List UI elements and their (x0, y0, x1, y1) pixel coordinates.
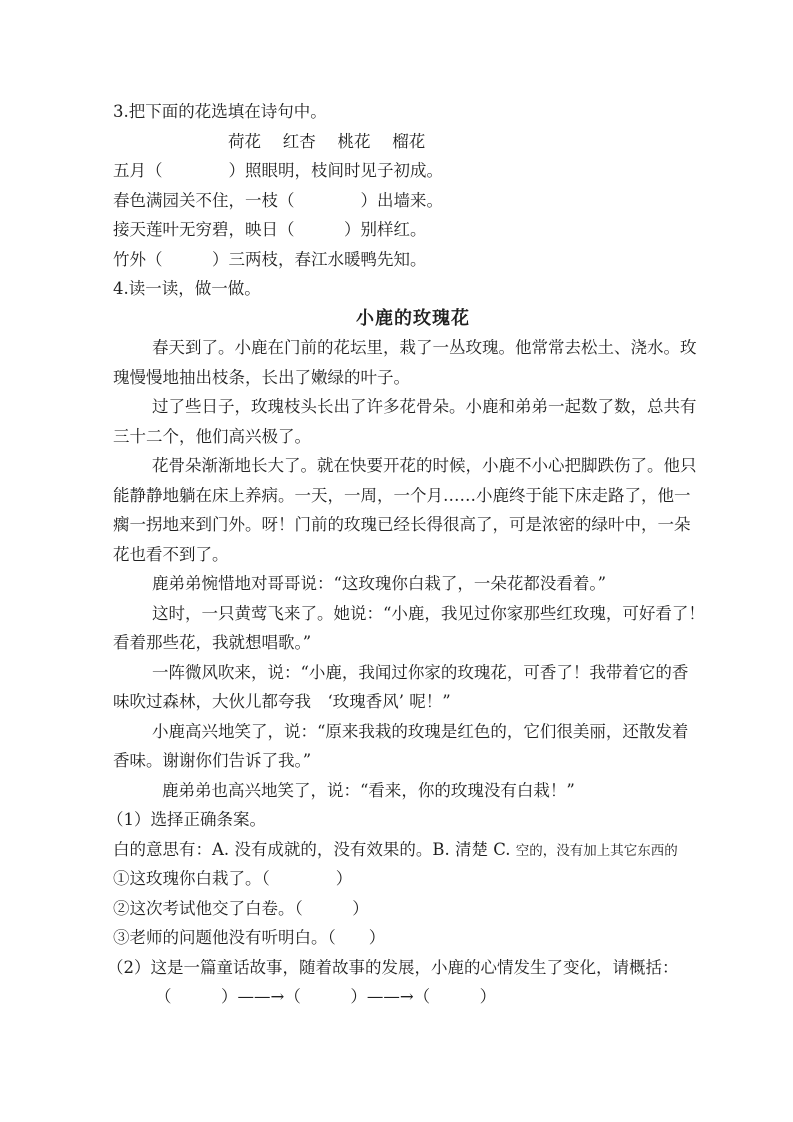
poem-line-3: 接天莲叶无穷碧，映日（ ）别样红。 (113, 215, 713, 245)
sub-question-2-label: （2）这是一篇童话故事，随着故事的发展，小鹿的心情发生了变化，请概括： (107, 953, 713, 983)
story-line: 味吹过森林，大伙儿都夸我 ‘玫瑰香风’ 呢！” (113, 687, 713, 717)
story-line: 花骨朵渐渐地长大了。就在快要开花的时候，小鹿不小心把脚跌伤了。他只 (113, 451, 713, 481)
story-line: 三十二个，他们高兴极了。 (113, 422, 713, 452)
word-meanings-main: 白的意思有：A. 没有成就的，没有效果的。B. 清楚 C. (113, 840, 516, 859)
word-meanings: 白的意思有：A. 没有成就的，没有效果的。B. 清楚 C. 空的，没有加上其它东… (113, 835, 713, 865)
story-line: 鹿弟弟也高兴地笑了，说：“看来，你的玫瑰没有白栽！” (113, 776, 713, 806)
worksheet-page: 3.把下面的花选填在诗句中。 荷花 红杏 桃花 榴花 五月（ ）照眼明，枝间时见… (0, 0, 793, 1122)
exercise-4-prompt: 4.读一读，做一做。 (113, 274, 713, 304)
meaning-item-1: ①这玫瑰你白栽了。（ ） (113, 864, 713, 894)
story-line: 这时，一只黄莺飞来了。她说：“小鹿，我见过你家那些红玫瑰，可好看了！ (113, 599, 713, 629)
story-line: 春天到了。小鹿在门前的花坛里，栽了一丛玫瑰。他常常去松土、浇水。玫 (113, 333, 713, 363)
meaning-item-2: ②这次考试他交了白卷。（ ） (113, 894, 713, 924)
story-line: 一阵微风吹来，说：“小鹿，我闻过你家的玫瑰花，可香了！我带着它的香 (113, 658, 713, 688)
worksheet-content: 3.把下面的花选填在诗句中。 荷花 红杏 桃花 榴花 五月（ ）照眼明，枝间时见… (113, 97, 713, 1012)
emotion-sequence-blanks: （ ）——→（ ）——→（ ） (113, 982, 713, 1012)
word-meanings-small: 空的，没有加上其它东西的 (516, 843, 678, 859)
story-line: 花也看不到了。 (113, 540, 713, 570)
story-line: 瘸一拐地来到门外。呀！门前的玫瑰已经长得很高了，可是浓密的绿叶中，一朵 (113, 510, 713, 540)
poem-line-4: 竹外（ ）三两枝，春江水暖鸭先知。 (113, 245, 713, 275)
story-line: 过了些日子，玫瑰枝头长出了许多花骨朵。小鹿和弟弟一起数了数，总共有 (113, 392, 713, 422)
story-line: 鹿弟弟惋惜地对哥哥说：“这玫瑰你白栽了，一朵花都没看着。” (113, 569, 713, 599)
exercise-3-prompt: 3.把下面的花选填在诗句中。 (113, 97, 713, 127)
poem-line-1: 五月（ ）照眼明，枝间时见子初成。 (113, 156, 713, 186)
meaning-item-3: ③老师的问题他没有听明白。（ ） (113, 923, 713, 953)
story-title: 小鹿的玫瑰花 (113, 304, 713, 334)
story-line: 能静静地躺在床上养病。一天，一周，一个月……小鹿终于能下床走路了，他一 (113, 481, 713, 511)
story-line: 看着那些花，我就想唱歌。” (113, 628, 713, 658)
story-line: 瑰慢慢地抽出枝条，长出了嫩绿的叶子。 (113, 363, 713, 393)
flower-word-bank: 荷花 红杏 桃花 榴花 (113, 127, 713, 157)
story-line: 小鹿高兴地笑了，说：“原来我栽的玫瑰是红色的，它们很美丽，还散发着 (113, 717, 713, 747)
poem-line-2: 春色满园关不住，一枝（ ）出墙来。 (113, 186, 713, 216)
story-line: 香味。谢谢你们告诉了我。” (113, 746, 713, 776)
sub-question-1-label: （1）选择正确条案。 (107, 805, 713, 835)
